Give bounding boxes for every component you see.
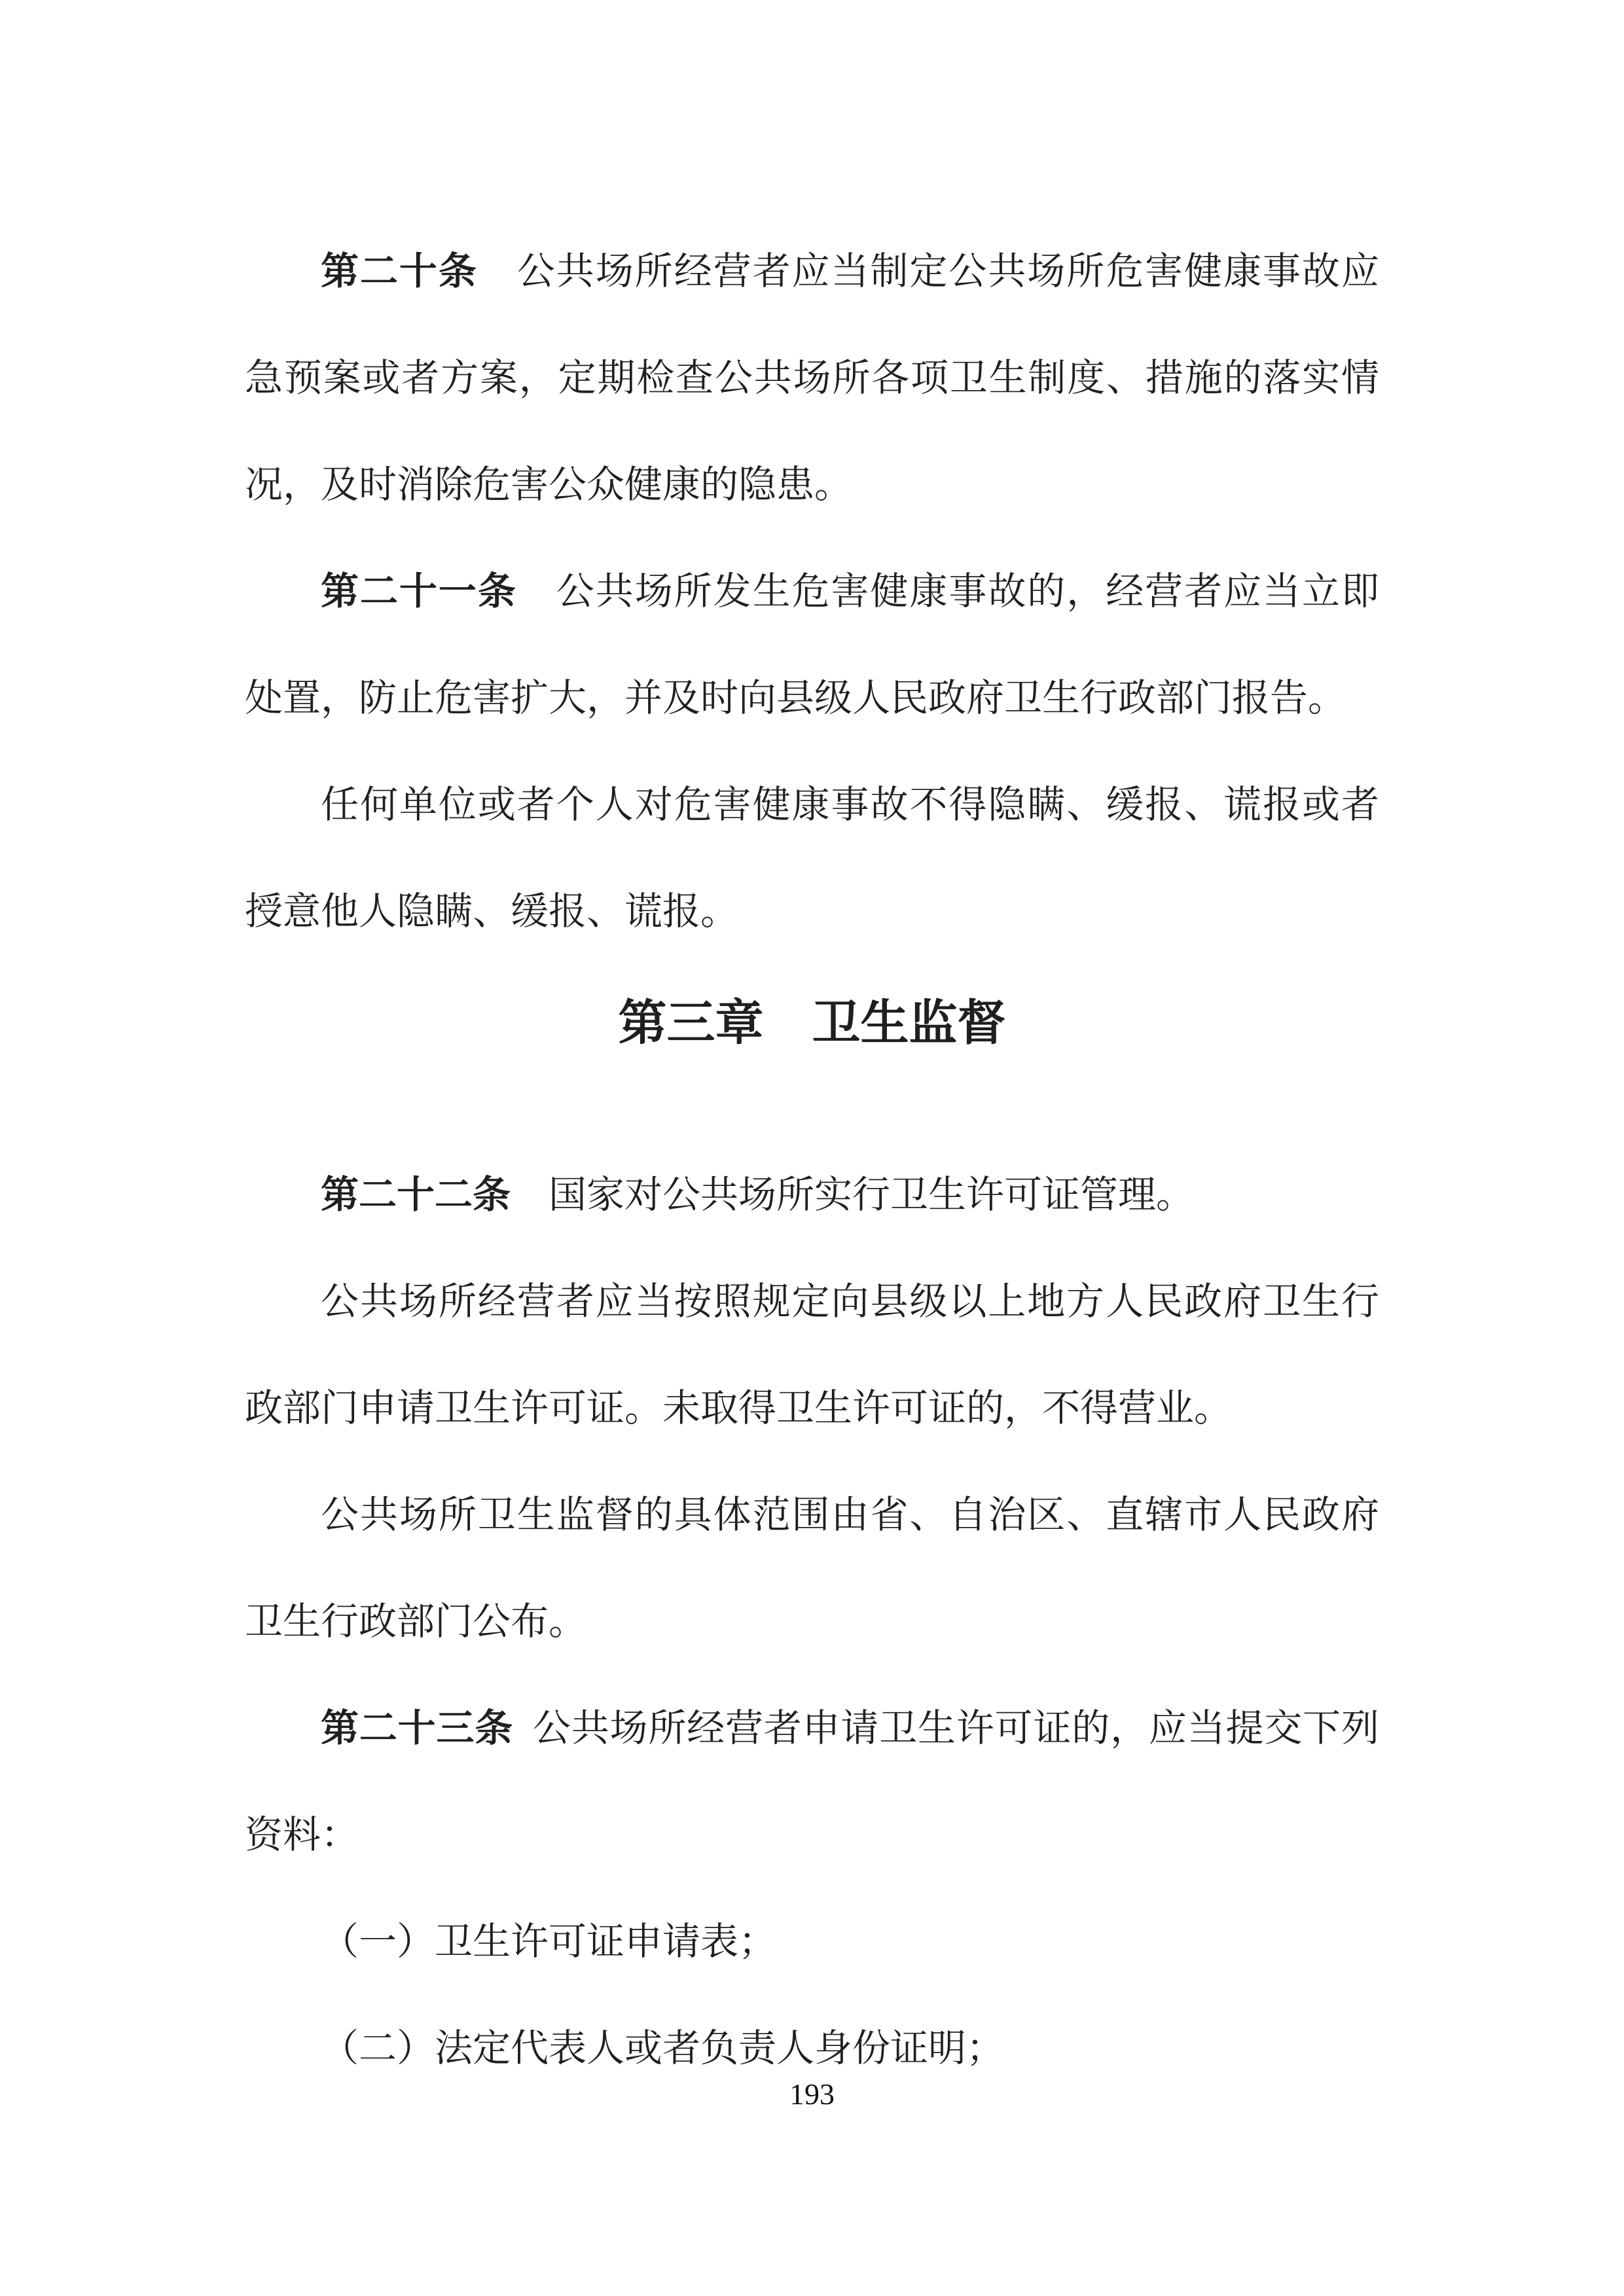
paragraph: （一）卫生许可证申请表； (245, 1888, 1379, 1995)
paragraph-text: 公共场所经营者应当按照规定向县级以上地方人民政府卫生行政部门申请卫生许可证。未取… (245, 1280, 1379, 1429)
paragraph: 第二十二条 国家对公共场所实行卫生许可证管理。 (245, 1141, 1379, 1248)
document-body: 第二十条 公共场所经营者应当制定公共场所危害健康事故应急预案或者方案，定期检查公… (245, 218, 1379, 2102)
paragraph: 任何单位或者个人对危害健康事故不得隐瞒、缓报、谎报或者授意他人隐瞒、缓报、谎报。 (245, 751, 1379, 965)
paragraph-text: 任何单位或者个人对危害健康事故不得隐瞒、缓报、谎报或者授意他人隐瞒、缓报、谎报。 (245, 783, 1379, 933)
page-number: 193 (789, 2077, 835, 2111)
document-page: 第二十条 公共场所经营者应当制定公共场所危害健康事故应急预案或者方案，定期检查公… (0, 0, 1624, 2296)
paragraph: 第二十三条 公共场所经营者申请卫生许可证的，应当提交下列资料： (245, 1675, 1379, 1888)
paragraph-text: （一）卫生许可证申请表； (321, 1920, 776, 1963)
article-number: 第二十三条 (321, 1707, 513, 1749)
paragraph: 第二十条 公共场所经营者应当制定公共场所危害健康事故应急预案或者方案，定期检查公… (245, 218, 1379, 538)
paragraph-text: （二）法定代表人或者负责人身份证明； (321, 2027, 1004, 2070)
paragraph: 公共场所卫生监督的具体范围由省、自治区、直辖市人民政府卫生行政部门公布。 (245, 1462, 1379, 1675)
chapter-heading: 第三章 卫生监督 (245, 981, 1379, 1066)
article-number: 第二十二条 (321, 1174, 511, 1216)
page-footer: 193 (0, 2075, 1624, 2114)
paragraph: 公共场所经营者应当按照规定向县级以上地方人民政府卫生行政部门申请卫生许可证。未取… (245, 1248, 1379, 1462)
article-number: 第二十条 (321, 250, 478, 293)
paragraph-text: 国家对公共场所实行卫生许可证管理。 (511, 1174, 1194, 1216)
paragraph-text: 公共场所卫生监督的具体范围由省、自治区、直辖市人民政府卫生行政部门公布。 (245, 1494, 1379, 1643)
article-number: 第二十一条 (321, 570, 517, 613)
paragraph: 第二十一条 公共场所发生危害健康事故的，经营者应当立即处置，防止危害扩大，并及时… (245, 538, 1379, 751)
